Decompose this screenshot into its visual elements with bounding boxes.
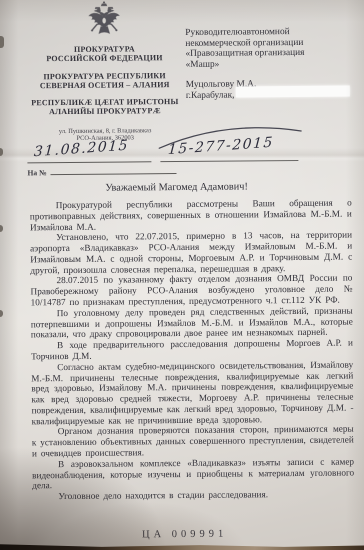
salutation: Уважаемый Магомед Адамович! [0, 181, 354, 195]
letterhead-line: СЕВЕРНАЯ ОСЕТИЯ – АЛАНИЯ [19, 80, 191, 91]
paragraph: 28.07.2015 по указанному факту отделом д… [30, 274, 352, 309]
redacted-address-box [236, 86, 350, 98]
number-blank-line [160, 160, 298, 162]
letterhead-line: АЛАНИЙЫ ПРОКУРАТУРÆ [19, 106, 191, 117]
handwritten-outgoing-number: 15-277-2015 [167, 135, 274, 159]
paragraph: Согласно актам судебно-медицинского осви… [31, 360, 354, 427]
edge-artifact [0, 36, 4, 48]
letter-page: ПРОКУРАТУРА РОССИЙСКОЙ ФЕДЕРАЦИИ ПРОКУРА… [0, 0, 364, 550]
reply-to-blank-line [51, 165, 177, 175]
paragraph: В ходе предварительного расследования до… [31, 339, 353, 363]
reply-to-row: На № [27, 165, 176, 177]
paragraph: Установлено, что 22.07.2015, примерно в … [30, 231, 352, 277]
paragraph: По уголовному делу проведен ряд следстве… [31, 306, 353, 341]
paragraph: Прокуратурой республики рассмотрены Ваши… [30, 199, 352, 234]
paragraph: Уголовное дело находится в стадии рассле… [32, 490, 354, 504]
letterhead-ossetian: РЕСПУБЛИКÆ ЦÆГАТ ИРЫСТОНЫ АЛАНИЙЫ ПРОКУР… [19, 97, 191, 117]
addressee-line: «Машр» [186, 58, 358, 70]
letter-body: Прокуратурой республики рассмотрены Ваши… [30, 199, 355, 504]
handwritten-date: 31.08.2015 [33, 138, 129, 161]
reference-row: 31.08.2015 15-277-2015 [27, 131, 307, 163]
russia-coat-of-arms-emblem [86, 1, 122, 41]
letterhead-republic: ПРОКУРАТУРА РЕСПУБЛИКИ СЕВЕРНАЯ ОСЕТИЯ –… [19, 71, 191, 91]
paragraph: Органом дознания проверяются показания с… [32, 425, 354, 460]
paragraph: В аэровокзальном комплексе «Владикавказ»… [32, 457, 354, 492]
blank-form-number: ЦА 009991 [3, 527, 364, 541]
date-blank-line [27, 161, 151, 163]
letterhead-line: РОССИЙСКОЙ ФЕДЕРАЦИИ [18, 53, 190, 64]
document-photo: ПРОКУРАТУРА РОССИЙСКОЙ ФЕДЕРАЦИИ ПРОКУРА… [0, 0, 364, 550]
reply-to-label: На № [27, 168, 46, 177]
letterhead-federal: ПРОКУРАТУРА РОССИЙСКОЙ ФЕДЕРАЦИИ [18, 44, 190, 64]
letterhead: ПРОКУРАТУРА РОССИЙСКОЙ ФЕДЕРАЦИИ ПРОКУРА… [18, 0, 191, 143]
